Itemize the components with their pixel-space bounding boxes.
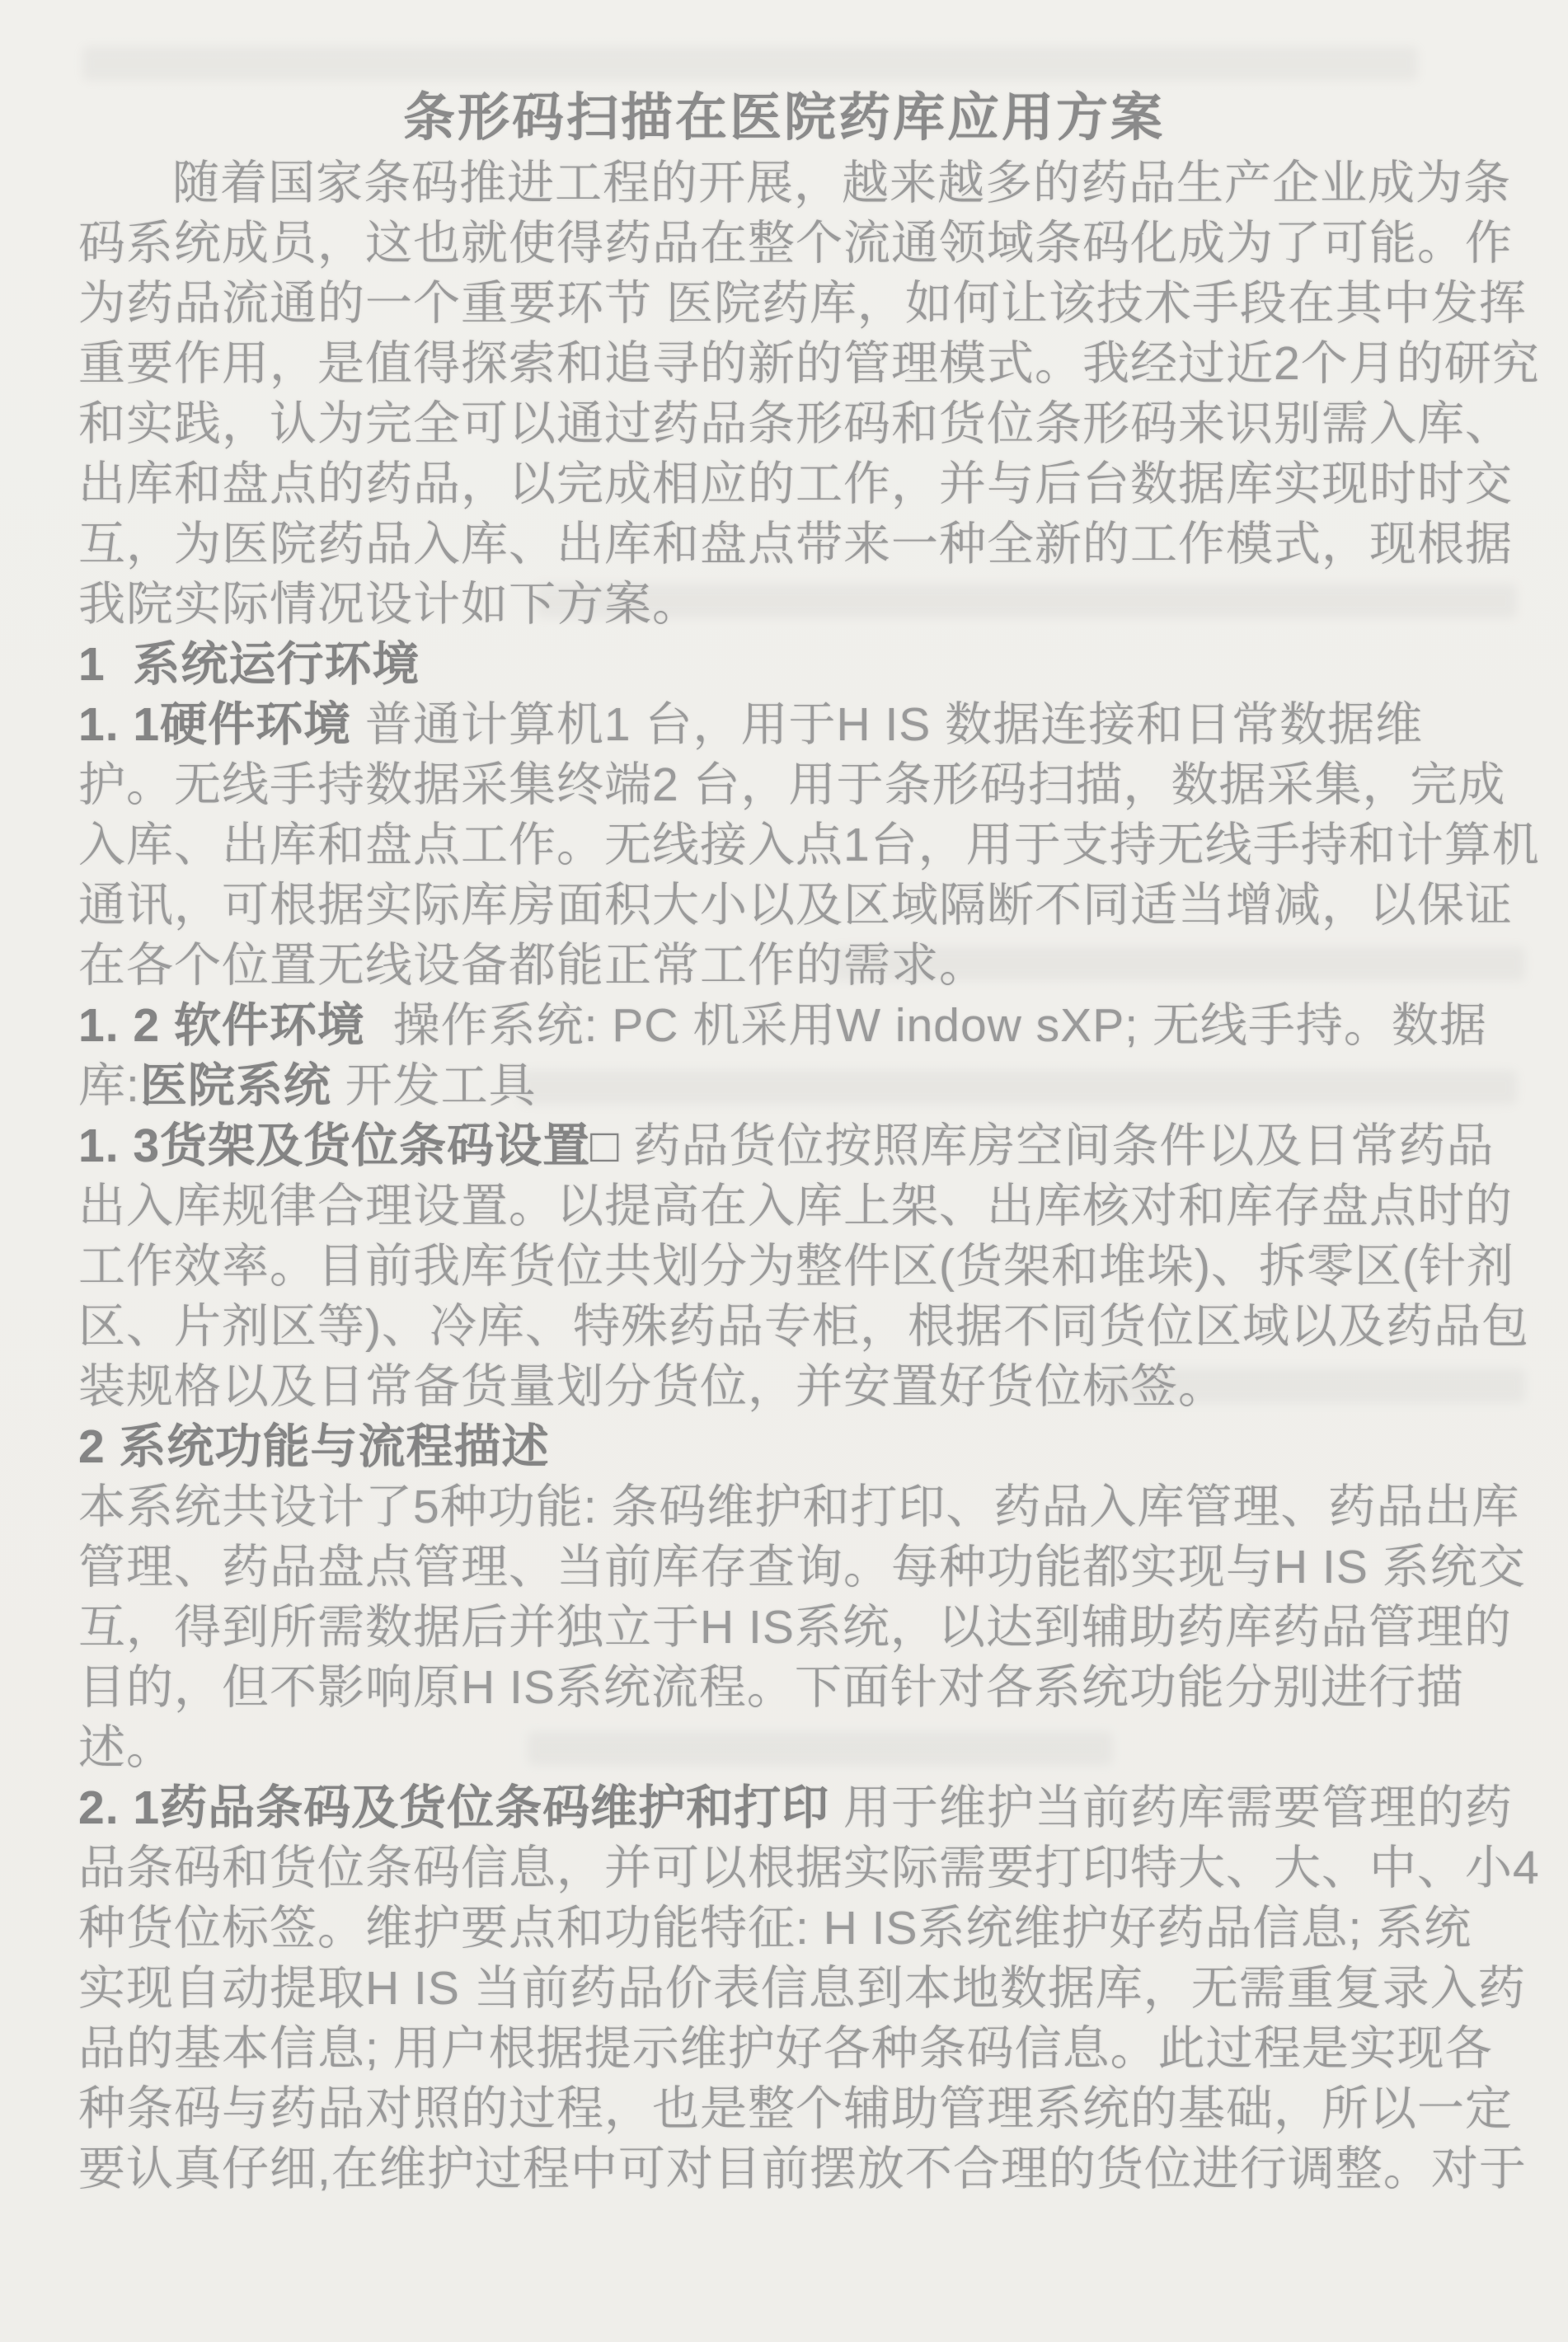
text-run: 互，得到所需数据后并独立于H IS系统，以达到辅助药库药品管理的 bbox=[78, 1601, 1512, 1654]
text-run: 述。 bbox=[78, 1721, 174, 1774]
text-run: 品的基本信息; 用户根据提示维护好各种条码信息。此过程是实现各 bbox=[78, 2022, 1493, 2075]
text-line: 种货位标签。维护要点和功能特征: H IS系统维护好药品信息; 系统 bbox=[78, 1898, 1535, 1959]
text-run: 通讯，可根据实际库房面积大小以及区域隔断不同适当增减，以保证 bbox=[78, 879, 1513, 932]
text-run: 种货位标签。维护要点和功能特征: H IS系统维护好药品信息; 系统 bbox=[78, 1902, 1472, 1955]
text-line: 重要作用，是值得探索和追寻的新的管理模式。我经过近2个月的研究 bbox=[78, 334, 1535, 394]
text-run: 库: bbox=[78, 1059, 140, 1112]
text-line: 在各个位置无线设备都能正常工作的需求。 bbox=[78, 936, 1535, 996]
text-run: 1. 1硬件环境 bbox=[78, 698, 351, 751]
text-run: 实现自动提取H IS 当前药品价表信息到本地数据库，无需重复录入药 bbox=[78, 1962, 1526, 2015]
text-run: 2 系统功能与流程描述 bbox=[78, 1420, 550, 1473]
text-run: 重要作用，是值得探索和追寻的新的管理模式。我经过近2个月的研究 bbox=[78, 337, 1540, 390]
text-line: 装规格以及日常备货量划分货位，并安置好货位标签。 bbox=[78, 1357, 1535, 1417]
text-line: 工作效率。目前我库货位共划分为整件区(货架和堆垛)、拆零区(针剂 bbox=[78, 1237, 1535, 1297]
text-run: 医院系统 bbox=[140, 1059, 331, 1112]
text-run: 要认真仔细,在维护过程中可对目前摆放不合理的货位进行调整。对于 bbox=[78, 2143, 1527, 2195]
text-run: 在各个位置无线设备都能正常工作的需求。 bbox=[78, 939, 987, 992]
text-line: 码系统成员，这也就使得药品在整个流通领域条码化成为了可能。作 bbox=[78, 214, 1535, 274]
text-run: 目的，但不影响原H IS系统流程。下面针对各系统功能分别进行描 bbox=[78, 1661, 1464, 1714]
text-line: 护。无线手持数据采集终端2 台，用于条形码扫描，数据采集，完成 bbox=[78, 755, 1535, 815]
text-run: 工作效率。目前我库货位共划分为整件区(货架和堆垛)、拆零区(针剂 bbox=[78, 1240, 1514, 1293]
text-line: 要认真仔细,在维护过程中可对目前摆放不合理的货位进行调整。对于 bbox=[78, 2139, 1535, 2199]
text-run: 为药品流通的一个重要环节 医院药库，如何让该技术手段在其中发挥 bbox=[78, 277, 1527, 330]
text-run: 用于维护当前药库需要管理的药 bbox=[829, 1781, 1513, 1834]
text-line: 1. 2 软件环境 操作系统: PC 机采用W indow sXP; 无线手持。… bbox=[78, 996, 1535, 1056]
text-run: 药品货位按照库房空间条件以及日常药品 bbox=[620, 1119, 1495, 1172]
text-run: 1. 3货架及货位条码设置□ bbox=[78, 1119, 620, 1172]
text-line: 区、片剂区等)、冷库、特殊药品专柜，根据不同货位区域以及药品包 bbox=[78, 1297, 1535, 1357]
text-line: 1 系统运行环境 bbox=[78, 635, 1535, 695]
text-run: 随着国家条码推进工程的开展，越来越多的药品生产企业成为条 bbox=[172, 157, 1511, 209]
text-line: 述。 bbox=[78, 1718, 1535, 1778]
text-run: 2. 1药品条码及货位条码维护和打印 bbox=[78, 1781, 829, 1834]
document-title: 条形码扫描在医院药库应用方案 bbox=[0, 76, 1568, 151]
text-line: 和实践，认为完全可以通过药品条形码和货位条形码来识别需入库、 bbox=[78, 394, 1535, 454]
text-line: 管理、药品盘点管理、当前库存查询。每种功能都实现与H IS 系统交 bbox=[78, 1537, 1535, 1598]
text-line: 库:医院系统 开发工具 bbox=[78, 1056, 1535, 1116]
text-line: 出入库规律合理设置。以提高在入库上架、出库核对和库存盘点时的 bbox=[78, 1176, 1535, 1237]
text-run: 普通计算机1 台，用于H IS 数据连接和日常数据维 bbox=[351, 698, 1423, 751]
text-line: 出库和盘点的药品，以完成相应的工作，并与后台数据库实现时时交 bbox=[78, 454, 1535, 514]
text-line: 1. 1硬件环境 普通计算机1 台，用于H IS 数据连接和日常数据维 bbox=[78, 695, 1535, 755]
text-run: 开发工具 bbox=[331, 1059, 537, 1112]
text-line: 2 系统功能与流程描述 bbox=[78, 1417, 1535, 1477]
text-line: 为药品流通的一个重要环节 医院药库，如何让该技术手段在其中发挥 bbox=[78, 274, 1535, 334]
text-line: 目的，但不影响原H IS系统流程。下面针对各系统功能分别进行描 bbox=[78, 1658, 1535, 1718]
text-run: 本系统共设计了5种功能: 条码维护和打印、药品入库管理、药品出库 bbox=[78, 1481, 1519, 1533]
text-line: 种条码与药品对照的过程，也是整个辅助管理系统的基础，所以一定 bbox=[78, 2079, 1535, 2139]
text-line: 互，得到所需数据后并独立于H IS系统，以达到辅助药库药品管理的 bbox=[78, 1598, 1535, 1658]
text-line: 通讯，可根据实际库房面积大小以及区域隔断不同适当增减，以保证 bbox=[78, 875, 1535, 936]
text-run: 出库和盘点的药品，以完成相应的工作，并与后台数据库实现时时交 bbox=[78, 458, 1513, 510]
text-run: 出入库规律合理设置。以提高在入库上架、出库核对和库存盘点时的 bbox=[78, 1180, 1513, 1232]
text-line: 品的基本信息; 用户根据提示维护好各种条码信息。此过程是实现各 bbox=[78, 2019, 1535, 2079]
text-run: 种条码与药品对照的过程，也是整个辅助管理系统的基础，所以一定 bbox=[78, 2082, 1513, 2135]
text-line: 入库、出库和盘点工作。无线接入点1台，用于支持无线手持和计算机 bbox=[78, 815, 1535, 875]
text-run: 护。无线手持数据采集终端2 台，用于条形码扫描，数据采集，完成 bbox=[78, 758, 1506, 811]
text-run: 我院实际情况设计如下方案。 bbox=[78, 578, 700, 631]
text-line: 品条码和货位条码信息，并可以根据实际需要打印特大、大、中、小4 bbox=[78, 1838, 1535, 1898]
text-run: 码系统成员，这也就使得药品在整个流通领域条码化成为了可能。作 bbox=[78, 217, 1513, 270]
text-line: 本系统共设计了5种功能: 条码维护和打印、药品入库管理、药品出库 bbox=[78, 1477, 1535, 1537]
scanned-document-page: 条形码扫描在医院药库应用方案 随着国家条码推进工程的开展，越来越多的药品生产企业… bbox=[0, 0, 1568, 2342]
text-run: 区、片剂区等)、冷库、特殊药品专柜，根据不同货位区域以及药品包 bbox=[78, 1300, 1529, 1353]
text-line: 随着国家条码推进工程的开展，越来越多的药品生产企业成为条 bbox=[78, 153, 1535, 214]
text-line: 1. 3货架及货位条码设置□ 药品货位按照库房空间条件以及日常药品 bbox=[78, 1116, 1535, 1176]
text-line: 实现自动提取H IS 当前药品价表信息到本地数据库，无需重复录入药 bbox=[78, 1959, 1535, 2019]
text-line: 互，为医院药品入库、出库和盘点带来一种全新的工作模式，现根据 bbox=[78, 514, 1535, 575]
text-run: 和实践，认为完全可以通过药品条形码和货位条形码来识别需入库、 bbox=[78, 397, 1513, 450]
text-run: 品条码和货位条码信息，并可以根据实际需要打印特大、大、中、小4 bbox=[78, 1842, 1540, 1894]
text-line: 我院实际情况设计如下方案。 bbox=[78, 575, 1535, 635]
text-run: 管理、药品盘点管理、当前库存查询。每种功能都实现与H IS 系统交 bbox=[78, 1541, 1526, 1593]
text-run: 互，为医院药品入库、出库和盘点带来一种全新的工作模式，现根据 bbox=[78, 518, 1513, 570]
document-body: 随着国家条码推进工程的开展，越来越多的药品生产企业成为条码系统成员，这也就使得药… bbox=[78, 153, 1535, 2199]
text-run: 操作系统: PC 机采用W indow sXP; 无线手持。数据 bbox=[365, 999, 1487, 1052]
text-run: 1. 2 软件环境 bbox=[78, 999, 365, 1052]
text-run: 1 系统运行环境 bbox=[78, 638, 420, 691]
text-run: 入库、出库和盘点工作。无线接入点1台，用于支持无线手持和计算机 bbox=[78, 819, 1540, 871]
text-line: 2. 1药品条码及货位条码维护和打印 用于维护当前药库需要管理的药 bbox=[78, 1778, 1535, 1838]
text-run: 装规格以及日常备货量划分货位，并安置好货位标签。 bbox=[78, 1360, 1226, 1413]
